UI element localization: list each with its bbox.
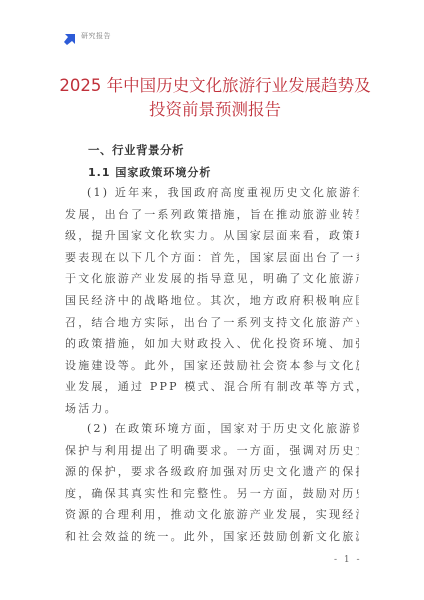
paragraph-line: (1) 近年来，我国政府高度重视历史文化旅游行业的 <box>65 182 359 204</box>
document-title: 2025 年中国历史文化旅游行业发展趋势及 投资前景预测报告 <box>40 74 390 122</box>
paragraph-line: 保护与利用提出了明确要求。一方面，强调对历史文化资 <box>65 440 359 462</box>
paragraph-line: 的政策措施，如加大财政投入、优化投资环境、加强基础 <box>65 333 359 355</box>
paragraph-line: 要表现在以下几个方面：首先，国家层面出台了一系列关 <box>65 247 359 269</box>
page-number: - 1 - <box>300 555 424 565</box>
paragraph-line: 和社会效益的统一。此外，国家还鼓励创新文化旅游产品 <box>65 526 359 548</box>
subsection-heading: 1.1 国家政策环境分析 <box>88 164 211 180</box>
section-heading: 一、行业背景分析 <box>88 142 184 158</box>
paragraph-line: 于文化旅游产业发展的指导意见，明确了文化旅游产业在 <box>65 268 359 290</box>
paragraph-line: 级，提升国家文化软实力。从国家层面来看，政策环境主 <box>65 225 359 247</box>
paragraph-line: 度，确保其真实性和完整性。另一方面，鼓励对历史文化 <box>65 483 359 505</box>
paragraph-line: 业发展，通过 PPP 模式、混合所有制改革等方式，激发市 <box>65 376 359 398</box>
paragraph-line: (2) 在政策环境方面，国家对于历史文化旅游资源的 <box>65 418 359 440</box>
paragraph-line: 源的保护，要求各级政府加强对历史文化遗产的保护力 <box>65 461 359 483</box>
report-header: 研究报告 <box>64 29 111 43</box>
paragraph-line: 设施建设等。此外，国家还鼓励社会资本参与文化旅游产 <box>65 355 359 377</box>
paragraph-line: 资源的合理利用，推动文化旅游产业发展，实现经济效益 <box>65 504 359 526</box>
paragraph-line: 发展，出台了一系列政策措施，旨在推动旅游业转型升 <box>65 204 359 226</box>
title-line-1: 2025 年中国历史文化旅游行业发展趋势及 <box>59 76 370 95</box>
paragraph-1: (1) 近年来，我国政府高度重视历史文化旅游行业的 发展，出台了一系列政策措施，… <box>65 182 359 420</box>
paragraph-line: 召，结合地方实际，出台了一系列支持文化旅游产业发展 <box>65 312 359 334</box>
paragraph-2: (2) 在政策环境方面，国家对于历史文化旅游资源的 保护与利用提出了明确要求。一… <box>65 418 359 548</box>
header-label: 研究报告 <box>81 31 111 41</box>
paragraph-line: 场活力。 <box>65 398 359 420</box>
paragraph-line: 国民经济中的战略地位。其次，地方政府积极响应国家号 <box>65 290 359 312</box>
title-line-2: 投资前景预测报告 <box>149 100 281 119</box>
arrow-up-right-icon <box>64 30 76 42</box>
